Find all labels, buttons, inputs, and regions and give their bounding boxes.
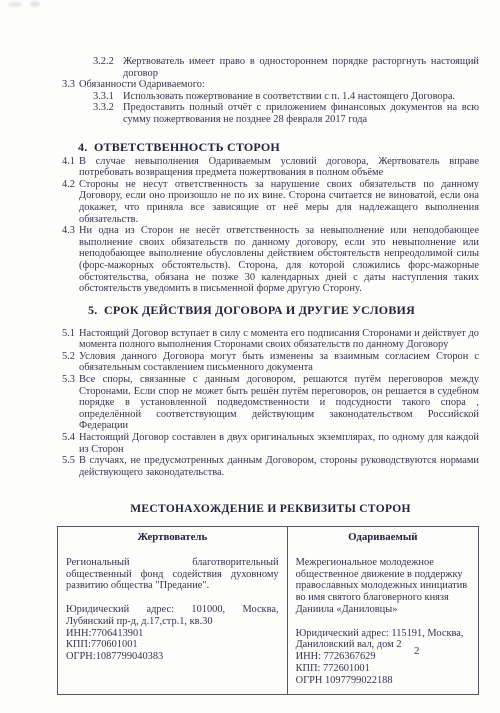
clause-number: 5.4 <box>62 432 79 455</box>
scan-smudge <box>30 1 40 7</box>
clause-text: Обязанности Одариваемого: <box>79 79 479 91</box>
document-page: 3.2.2 Жертвователь имеет право в односто… <box>0 0 500 713</box>
clause-5-4: 5.4 Настоящий Договор составлен в двух о… <box>62 432 479 455</box>
clause-3-3: 3.3 Обязанности Одариваемого: <box>62 79 479 91</box>
donor-kpp: КПП:770601001 <box>66 639 279 651</box>
donor-column-header: Жертвователь <box>66 532 279 544</box>
donee-cell: Одариваемый Межрегиональное молодежное о… <box>287 526 478 694</box>
clause-4-3: 4.3 Ни одна из Сторон не несёт ответстве… <box>62 225 479 295</box>
donee-ogrn: ОГРН 1097799022188 <box>296 675 470 687</box>
clause-number: 5.3 <box>62 374 79 432</box>
donee-name: Межрегиональное молодежное общественное … <box>296 557 470 616</box>
table-row: Жертвователь Региональный благотворитель… <box>58 526 479 694</box>
clause-text: Условия данного Договора могут быть изме… <box>79 351 479 374</box>
section-number: 4. <box>78 141 94 154</box>
clause-number: 5.1 <box>62 328 79 351</box>
clause-number: 4.3 <box>62 225 79 295</box>
clause-4-1: 4.1 В случае невыполнения Одариваемым ус… <box>62 156 479 179</box>
clause-3-2-2: 3.2.2 Жертвователь имеет право в односто… <box>62 56 479 79</box>
requisites-heading: МЕСТОНАХОЖДЕНИЕ И РЕКВИЗИТЫ СТОРОН <box>62 503 479 516</box>
clause-4-2: 4.2 Стороны не несут ответственность за … <box>62 179 479 225</box>
clause-text: Использовать пожертвование в соответстви… <box>123 91 479 103</box>
donor-ogrn: ОГРН:1087799040383 <box>66 651 279 663</box>
clause-text: Настоящий Договор составлен в двух ориги… <box>79 432 479 455</box>
clause-text: Жертвователь имеет право в одностороннем… <box>123 56 479 79</box>
clause-number: 3.3.1 <box>93 91 123 103</box>
donee-kpp: КПП: 772601001 <box>296 663 470 675</box>
clause-text: Ни одна из Сторон не несёт ответственнос… <box>79 225 479 295</box>
clause-number: 4.1 <box>62 156 79 179</box>
clause-text: В случае невыполнения Одариваемым услови… <box>79 156 479 179</box>
clause-5-1: 5.1 Настоящий Договор вступает в силу с … <box>62 328 479 351</box>
donor-cell: Жертвователь Региональный благотворитель… <box>58 526 288 694</box>
clause-5-2: 5.2 Условия данного Договора могут быть … <box>62 351 479 374</box>
clause-number: 3.2.2 <box>93 56 123 79</box>
clause-3-3-1: 3.3.1 Использовать пожертвование в соотв… <box>62 91 479 103</box>
clause-3-3-2: 3.3.2 Предоставить полный отчёт с прилож… <box>62 102 479 125</box>
clause-number: 5.2 <box>62 351 79 374</box>
clause-5-3: 5.3 Все споры, связанные с данным догово… <box>62 374 479 432</box>
clause-text: В случаях, не предусмотренных данным Дог… <box>79 455 479 478</box>
donee-address: Юридический адрес: 115191, Москва, Данил… <box>296 628 470 652</box>
section-title: СРОК ДЕЙСТВИЯ ДОГОВОРА И ДРУГИЕ УСЛОВИЯ <box>104 304 415 317</box>
section-5-heading: 5. СРОК ДЕЙСТВИЯ ДОГОВОРА И ДРУГИЕ УСЛОВ… <box>88 304 479 317</box>
donor-name: Региональный благотворительный обществен… <box>66 557 279 592</box>
clause-number: 4.2 <box>62 179 79 225</box>
donee-inn: ИНН: 7726367629 <box>296 651 470 663</box>
clause-number: 3.3 <box>62 79 79 91</box>
donor-address: Юридический адрес: 101000, Москва, Лубян… <box>66 604 279 628</box>
clause-text: Настоящий Договор вступает в силу с моме… <box>79 328 479 351</box>
document-body: 3.2.2 Жертвователь имеет право в односто… <box>62 56 479 695</box>
donee-column-header: Одариваемый <box>296 532 470 544</box>
requisites-table: Жертвователь Региональный благотворитель… <box>57 526 479 695</box>
donor-inn: ИНН:7706413901 <box>66 628 279 640</box>
scan-smudge <box>8 2 22 7</box>
clause-5-5: 5.5 В случаях, не предусмотренных данным… <box>62 455 479 478</box>
clause-number: 5.5 <box>62 455 79 478</box>
page-number: 2 <box>414 645 420 657</box>
clause-number: 3.3.2 <box>93 102 123 125</box>
section-4-heading: 4. ОТВЕТСТВЕННОСТЬ СТОРОН <box>78 141 479 154</box>
clause-text: Предоставить полный отчёт с приложением … <box>123 102 479 125</box>
clause-text: Все споры, связанные с данным договором,… <box>79 374 479 432</box>
section-title: ОТВЕТСТВЕННОСТЬ СТОРОН <box>94 141 280 154</box>
clause-text: Стороны не несут ответственность за нару… <box>79 179 479 225</box>
section-number: 5. <box>88 304 104 317</box>
